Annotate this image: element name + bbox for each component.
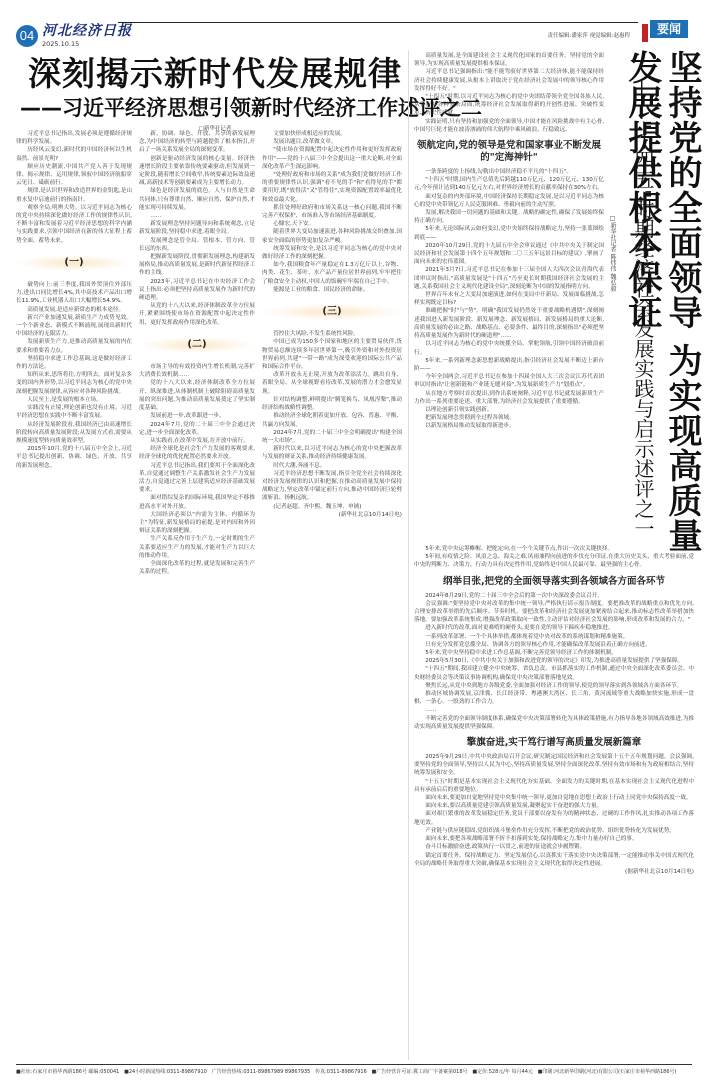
footer-info: ■社址:石家庄市裕华西路186号 邮编:050041 ■24小时新闻热线:031… bbox=[16, 1068, 692, 1075]
paragraph: 发展理念是管全局、管根本、管方向、管长远的东西。 bbox=[139, 237, 255, 253]
paragraph: 创新是驱动经济发展的核心变量。经济快速增长阶段主要依靠传统要素驱动,但发展到一定… bbox=[139, 155, 255, 188]
editor-credits: 责任编辑:潘家萍 视觉编辑:赵惠程 bbox=[548, 31, 630, 39]
paragraph: 人民至上,是发展的根本立场。 bbox=[16, 396, 132, 404]
footer-ad-hotline: 广告经营热线:0311-89867989 89867935 bbox=[212, 1069, 311, 1075]
paragraph: 5年来,党中央坚持稳中求进工作总基调,不断完善党领导经济工作的体制机制。 bbox=[414, 649, 694, 657]
paragraph: 以习近平同志为核心的党中央统揽全局、掌舵领航,引领中国经济破浪前行。 bbox=[414, 340, 604, 356]
paragraph: 面对复杂的内外部环境,中国经济保持长期稳定发展,是以习近平同志为核心的党中央带领… bbox=[414, 193, 604, 209]
paragraph: 5年来,一系列新理念新思想新战略提出,指引经济社会发展不断迈上新台阶—— bbox=[414, 357, 604, 373]
paragraph: 改革开放永无止境,开放为改革添活力。跳出自身、着眼全局、从全球视野看待改革,发展… bbox=[262, 371, 402, 396]
paragraph: 心慷宏,天下安。 bbox=[262, 220, 402, 228]
paragraph: 发展前进一步,改革跟进一步。 bbox=[139, 412, 255, 420]
paragraph: 实践没有止境,理论创新也没有止境。习近平经济思想在实践中不断丰富发展。 bbox=[16, 404, 132, 420]
paragraph: 生产关系反作用于生产力,一定时期的生产关系要适应生产力的发展,才能对生产力以巨大… bbox=[139, 535, 255, 560]
left-article-column-1: 习近平总书记指出,发展必须是遵循经济规律的科学发展。 历经风云变幻,新时代的中国… bbox=[16, 130, 132, 1060]
paragraph: 能源是工业的粮食、国民经济的命脉。 bbox=[262, 286, 402, 294]
paragraph: 面对艰巨繁重的改革发展稳定任务,党员干部要以奋发有为的精神状态、过硬的工作作风,… bbox=[414, 810, 694, 826]
paragraph: 2025年5月30日,《中共中央关于加强和改进党的领导的决定》印发,为推进高质量… bbox=[414, 657, 694, 665]
paragraph: 习近平总书记指出,我们要用于全面深化改革,自觉通过调整生产关系激发社会生产力发展… bbox=[139, 462, 255, 495]
book-icon bbox=[642, 24, 648, 42]
paragraph: 从经济发展阶段看,我国经济已由高速增长阶段转向高质量发展阶段;从发展方式看,需要… bbox=[16, 421, 132, 446]
masthead: 04 河北经济日报 2025.10.15 责任编辑:潘家萍 视觉编辑:赵惠程 要… bbox=[0, 0, 708, 44]
paragraph: 一系列改革部署、一个个具体举措,都体现着党中央对改革的系统谋划和精准施策。 bbox=[414, 633, 694, 641]
paragraph: 进入新时代的改革,面对更难啃的硬骨头,更要在党的领导下蹄疾步稳地推进。 bbox=[414, 624, 694, 632]
paragraph: 历经风云变幻,新时代的中国经济何以生机盎然、前景光明? bbox=[16, 146, 132, 162]
paragraph: 以新发展格局推动发展取得新进步。 bbox=[414, 422, 604, 430]
paragraph: 统筹发展和安全,是以习近平同志为核心的党中央对做好经济工作的深刻把握。 bbox=[262, 245, 402, 261]
paragraph: 5年间,有疫情之险、风浪之急、海关之难,风雨兼程向前进的步伐充分印证,在重大历史… bbox=[414, 553, 694, 569]
paragraph: 顺应历史潮流,中国共产党人善于发现规律、揭示规律、运用规律,领驭中国经济航船穿云… bbox=[16, 163, 132, 188]
paragraph: 推动经济全球化朝着更加开放、包容、普惠、平衡、共赢方向发展。 bbox=[262, 412, 402, 428]
section-heading-3: (三) bbox=[262, 304, 402, 320]
footer-address: ■社址:石家庄市裕华西路186号 邮编:050041 bbox=[16, 1069, 119, 1075]
paragraph: 如今,我国粮食年产量稳定在1.3万亿斤以上,谷物、肉类、花生、茶叶、水产品产量位… bbox=[262, 261, 402, 286]
footer-fax: 传真:0311-89867916 bbox=[315, 1069, 367, 1075]
paragraph: 会议强调:"要坚持党中央对改革的集中统一领导,严格执行请示报告制度。要把准改革的… bbox=[414, 600, 694, 625]
right-article-byline: □新华社记者 陈炜伟 魏弘毅 bbox=[608, 215, 617, 292]
paragraph: "处理好政府和市场的关系"成为我们党做好经济工作的重要规律性认识,强调"看不见的… bbox=[262, 171, 402, 204]
paragraph: 高质量发展,是适应新常态的根本途径。 bbox=[16, 306, 132, 314]
dateline: (据新华社北京10月14日电) bbox=[414, 868, 694, 876]
paragraph: 面向未来,要更加自觉地坚持党中央集中统一领导,更加自觉地在思想上政治上行动上同党… bbox=[414, 794, 694, 802]
paragraph: 高质量发展,是全面建设社会主义现代化国家的首要任务。坚持党的全面领导,为实现高质… bbox=[414, 52, 604, 68]
paragraph: 新兴产业加速发展,新质生产力成势见效。一个个新业态、新模式不断涌现,展现出新时代… bbox=[16, 314, 132, 339]
paragraph: 发展出题目,改革做文章。 bbox=[262, 138, 402, 146]
right-article-subtitle: ——"十四五"时期经济社会发展实践与启示述评之一 bbox=[627, 80, 657, 550]
paragraph: 今年全国两会,习近平总书记在参加十四届全国人大三次会议江苏代表团审议时指出"让创… bbox=[414, 373, 604, 389]
paragraph: 经济全球化是社会生产力发展的客观要求,经济全球化的优化配置必然要求开放。 bbox=[139, 445, 255, 461]
paragraph: 把握新发展阶段,贯彻新发展理念,构建新发展格局,推动高质量发展,是新时代新征程经… bbox=[139, 253, 255, 278]
paragraph: 不断完善党的全面领导制度体系,确保党中央决策部署转化为具体政策措施,有力指导各地… bbox=[414, 715, 694, 731]
paragraph: 文要加快形成相适应的发展。 bbox=[262, 130, 402, 138]
paragraph: 2023年,习近平总书记在中央经济工作会议上指出:必须把坚持高质量发展作为新时代… bbox=[139, 278, 255, 303]
masthead-rule bbox=[118, 22, 638, 23]
paragraph: 实践证明,只有坚持和加强党的全面领导,中国才能在风险挑战中有主心骨,中国号巨轮才… bbox=[414, 118, 604, 134]
issue-date: 2025.10.15 bbox=[42, 40, 79, 48]
left-article-subtitle: ——习近平经济思想引领新时代经济工作述评之二 bbox=[20, 94, 410, 122]
section-heading-2: (二) bbox=[139, 337, 255, 353]
paragraph: 新发展理念坚持问题导向和系统观念,立足新发展阶段,坚持稳中求进,着眼全局。 bbox=[139, 220, 255, 236]
paragraph: 产业链与供应链稳固,党组织战斗堡垒作用充分发挥,不断把党的政治优势、组织优势转化… bbox=[414, 827, 694, 835]
paragraph: 2024年7月,党的二十届三中全会明确提出"构建全国统一大市场"。 bbox=[262, 429, 402, 445]
paragraph: 全面深化改革的过程,就是发展和完善生产关系的过程。 bbox=[139, 560, 255, 576]
paragraph: …… bbox=[139, 212, 255, 220]
paragraph: 中国已成为150多个国家和地区的主要贸易伙伴,货物贸易总额连续多年居世界第一,吸… bbox=[262, 338, 402, 371]
paragraph: 观察全局,明辨大势。以习近平同志为核心的党中央持续深化做好经济工作的规律性认识,… bbox=[16, 204, 132, 245]
right-article-title: 坚持党的全面领导 为实现高质量发展提供根本保证 bbox=[662, 50, 702, 570]
paragraph: 绿色是经济发展的底色。人与自然是生命共同体,只有尊重自然、顺应自然、保护自然,才… bbox=[139, 187, 255, 212]
paragraph: 从党的十八大以来,经济体制改革全方位展开,紧紧围绕使市场在资源配置中起决定性作用… bbox=[139, 302, 255, 327]
paragraph: 大国经济必须以"内需为主体、内循环为主"为特征,新发展格局的前提,是对内因和外因… bbox=[139, 511, 255, 536]
paragraph: (记者赵超、齐中熙、魏玉坤、申铖) bbox=[262, 503, 402, 511]
subheading-1: 领航定向,党的领导是党和国家事业不断发展的"定海神针" bbox=[414, 140, 604, 164]
paragraph: 从在地方考察时首次提出,到作出系统阐释,习近平总书记就发展新质生产力作出一系列重… bbox=[414, 390, 604, 406]
paragraph: 管控住大风险,不发生系统性风险。 bbox=[262, 330, 402, 338]
paragraph: 规律,是认识世界和改造世界的金钥匙,是山重水复中启迪前行的指南针。 bbox=[16, 187, 132, 203]
paragraph: 习近平经济思想不断发展,指引全党全社会持续深化对经济发展规律的认识和把握,在推动… bbox=[262, 470, 402, 503]
paragraph: 2015年10月,党的十八届五中全会上,习近平总书记提出创新、协调、绿色、开放、… bbox=[16, 445, 132, 470]
paragraph: 抓住处理好政府和市场关系这一核心问题,我国不断完善产权保护、市场准入等市场经济基… bbox=[262, 204, 402, 220]
paragraph: 党的十八大以来,经济体制改革全方位展开、纵深推进,从体制机制上破除阻碍高质量发展… bbox=[139, 379, 255, 412]
footer-rule bbox=[16, 1064, 692, 1065]
paragraph: 把新发展理念贯彻到全过程各领域。 bbox=[414, 414, 604, 422]
paragraph: "使市场在资源配置中起决定性作用和更好发挥政府作用"——党的十八届三中全会提出这… bbox=[262, 146, 402, 171]
section-heading-1: (一) bbox=[16, 255, 132, 271]
paragraph: 奋斗目标激励奋进,政策执行一以贯之,前进的征途就会步履铿锵。 bbox=[414, 843, 694, 851]
footer-price: ■定价:528元/年 每月44元 bbox=[472, 1069, 533, 1075]
paragraph: 5年来,无论国际风云如何变幻,党中央始终保持战略定力,坚持一张蓝图绘到底—— bbox=[414, 225, 604, 241]
right-article-upper-column: 高质量发展,是全面建设社会主义现代化国家的首要任务。坚持党的全面领导,为实现高质… bbox=[414, 52, 604, 557]
paragraph: 针对结构调整,鲜明提出"腾笼换鸟、凤凰涅槃",推动经济结构战略性调整。 bbox=[262, 396, 402, 412]
paragraph: 发展新质生产力,是推动高质量发展的内在要求和重要着力点。 bbox=[16, 338, 132, 354]
subheading-2: 纲举目张,把党的全面领导落实到各领域各方面各环节 bbox=[414, 576, 694, 588]
right-article-lower-column: 5年来,党中央运筹帷幄、把舵定向,在一个个关键节点,作出一次次关键抉择。 5年间… bbox=[414, 545, 694, 1060]
paragraph: 面向未来,要把各项战略部署不折不扣落到实处,保持战略定力,集中力量办好自己的事。 bbox=[414, 835, 694, 843]
page-number-badge: 04 bbox=[16, 25, 38, 47]
paragraph: 2024年8月29日,党的二十届三中全会后的第一次中央深改委会议召开。 bbox=[414, 592, 694, 600]
paragraph: 知所从来,思所将往,方明所去。面对复杂多变的国内外形势,以习近平同志为核心的党中… bbox=[16, 371, 132, 396]
paragraph: 随着世界大变局加速演进,各种风险挑战交织叠加,国家安全面临的形势更加复杂严峻。 bbox=[262, 228, 402, 244]
paragraph: 习近平总书记强调指出:"能不能驾驭好世界第二大经济体,能不能保持经济社会持续健康… bbox=[414, 68, 604, 93]
paragraph: 习近平总书记指出,发展必须是遵循经济规律的科学发展。 bbox=[16, 130, 132, 146]
footer-printer: ■印刷:河北新华印刷(河北)有限公司(石家庄市裕华西路186号) bbox=[538, 1069, 677, 1075]
paragraph: 2024年7月,党的二十届三中全会通过决定,进一步全面深化改革。 bbox=[139, 421, 255, 437]
paragraph: "十四五"时期,国内生产总值先后跨越110万亿元、120万亿元、130万亿元,今… bbox=[414, 176, 604, 192]
footer-ad-license: ■广告经营许可证:冀工商广字备案第018号 bbox=[372, 1069, 468, 1075]
paragraph: 2021年3月7日,习近平总书记在参加十三届全国人大四次会议青海代表团审议时指出… bbox=[414, 266, 604, 291]
paragraph: "十四五"时期,以习近平同志为核心的党中央团结带领全党全国各族人民,从容应对各种… bbox=[414, 93, 604, 118]
dateline: (新华社北京10月14日电) bbox=[262, 511, 402, 519]
paragraph: 锚定首要任务、保持战略定力、坚定发展信心,以真抓实干落实党中央决策部署,一定能推… bbox=[414, 852, 694, 868]
left-article-title: 深刻揭示新时代发展规律 bbox=[20, 54, 410, 94]
paragraph: 2025年9月29日,中共中央政治局召开会议,研究制定国民经济和社会发展第十五个… bbox=[414, 753, 694, 778]
paragraph: 推动区域协调发展,京津冀、长江经济带、粤港澳大湾区、长三角、黄河流域等重大战略加… bbox=[414, 690, 694, 706]
paragraph: 2020年10月29日,党的十九届五中全会审议通过《中共中央关于制定国民经济和社… bbox=[414, 242, 604, 267]
left-article-column-3: 文要加快形成相适应的发展。 发展出题目,改革做文章。 "使市场在资源配置中起决定… bbox=[262, 130, 402, 1060]
paragraph: …… bbox=[414, 706, 694, 714]
paragraph: 发展,解决我国一切问题的基础和关键。战略的确定性,确保了发展始终保持正确方向。 bbox=[414, 209, 604, 225]
paragraph: 准确把握"时"与"势"。明确"我国发展仍然处于重要战略机遇期",深刻阐述我国进入… bbox=[414, 307, 604, 340]
section-flag: 要闻 bbox=[642, 20, 688, 42]
subheading-3: 擎旗奋进,实干笃行谱写高质量发展新篇章 bbox=[414, 737, 694, 749]
paragraph: 破势向上:前三季度,我国外贸顶住外部压力,进出口同比增长4%,其中高技术产品出口… bbox=[16, 281, 132, 306]
paragraph: 面向未来,要以高质量党建引领高质量发展,凝聚起实干奋进的强大力量。 bbox=[414, 802, 694, 810]
paragraph: 新、协调、绿色、开放、共享的新发展理念,为中国经济的转型与跨越提供了根本指引,开… bbox=[139, 130, 255, 155]
paragraph: 面对错综复杂的国际环境,我国坚定不移推进高水平对外开放。 bbox=[139, 494, 255, 510]
paragraph: 坚持稳中求进工作总基调,这是做好经济工作的方法论。 bbox=[16, 355, 132, 371]
left-article-column-2: 新、协调、绿色、开放、共享的新发展理念,为中国经济的转型与跨越提供了根本指引,开… bbox=[139, 130, 255, 1060]
paragraph: "十五五"时期是基本实现社会主义现代化夯实基础、全面发力的关键时期,在基本实现社… bbox=[414, 778, 694, 794]
paragraph: 以理论创新引领实践创新。 bbox=[414, 406, 604, 414]
footer-news-hotline: ■24小时新闻热线:0311-89867910 bbox=[124, 1069, 207, 1075]
paragraph: 新时代以来,以习近平同志为核心的党中央把握改革与发展的辩证关系,推动经济持续健康… bbox=[262, 445, 402, 461]
section-label: 要闻 bbox=[650, 20, 688, 38]
paragraph: 市场主导的有效投资内生增长机制,完善扩大消费长效机制…… bbox=[139, 363, 255, 379]
paragraph: 世界百年未有之大变局加速演进,如何在变局中开新局、发展面临挑战,怎样实现既定目标… bbox=[414, 291, 604, 307]
paragraph: 只有充分发挥党总揽全局、协调各方的领导核心作用,才能确保改革发展沿着正确方向前进… bbox=[414, 641, 694, 649]
left-article-header: 深刻揭示新时代发展规律 ——习近平经济思想引领新时代经济工作述评之二 □新华社记… bbox=[20, 54, 410, 132]
column-divider bbox=[408, 50, 409, 1060]
paragraph: 一条条跨度的上扬线,勾勒出中国经济稳不平凡的"十四五"。 bbox=[414, 168, 604, 176]
newspaper-logo: 河北经济日报 bbox=[42, 20, 132, 40]
paragraph: "十四五"期间,我国建立健全中央统筹、省负总责、市县抓落实的工作机制,通过中央全… bbox=[414, 665, 694, 681]
paragraph: 从实践看,在改革中发展,在开放中前行。 bbox=[139, 437, 255, 445]
paragraph: 5年来,党中央运筹帷幄、把舵定向,在一个个关键节点,作出一次次关键抉择。 bbox=[414, 545, 694, 553]
paragraph: 聚焦长远,从党中央到地方各级党委,全面加强对经济工作的领导,使党的领导落实到各领… bbox=[414, 682, 694, 690]
paragraph: 时代大潮,奔涌不息。 bbox=[262, 462, 402, 470]
